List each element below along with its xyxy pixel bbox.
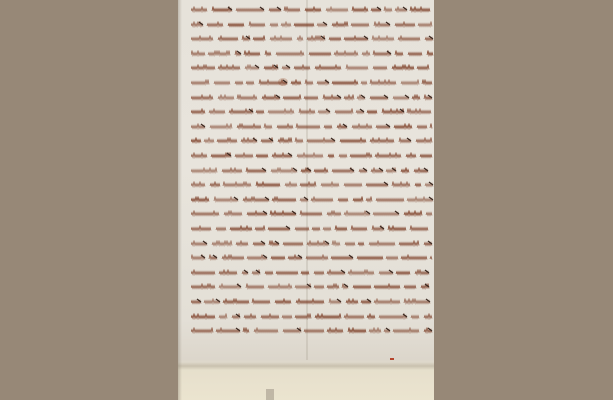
handwritten-line: [191, 225, 434, 230]
handwritten-line: [191, 137, 434, 142]
handwritten-line: [191, 254, 434, 259]
handwritten-line: [191, 50, 434, 55]
parchment-edge-shadow: [178, 0, 182, 400]
handwritten-line: [191, 108, 434, 113]
handwritten-line: [191, 283, 434, 288]
handwritten-line: [191, 79, 434, 84]
handwritten-line: [191, 269, 434, 274]
handwritten-line: [191, 94, 434, 99]
handwritten-line: [191, 210, 434, 215]
handwritten-line: [191, 6, 434, 11]
manuscript-parchment: [178, 0, 434, 400]
seal-tag-remnant: [266, 389, 274, 400]
handwritten-line: [191, 152, 434, 157]
handwritten-line: [191, 35, 434, 40]
handwritten-line: [191, 181, 434, 186]
handwritten-line: [191, 313, 434, 318]
handwritten-line: [191, 196, 434, 201]
handwritten-line: [191, 240, 434, 245]
handwritten-line: [191, 327, 434, 332]
parchment-fold-horizontal: [178, 362, 434, 370]
handwritten-line: [191, 64, 434, 69]
handwritten-line: [191, 21, 434, 26]
handwritten-line: [191, 167, 434, 172]
red-mark: [390, 358, 394, 360]
handwritten-line: [191, 123, 434, 128]
handwritten-line: [191, 298, 434, 303]
